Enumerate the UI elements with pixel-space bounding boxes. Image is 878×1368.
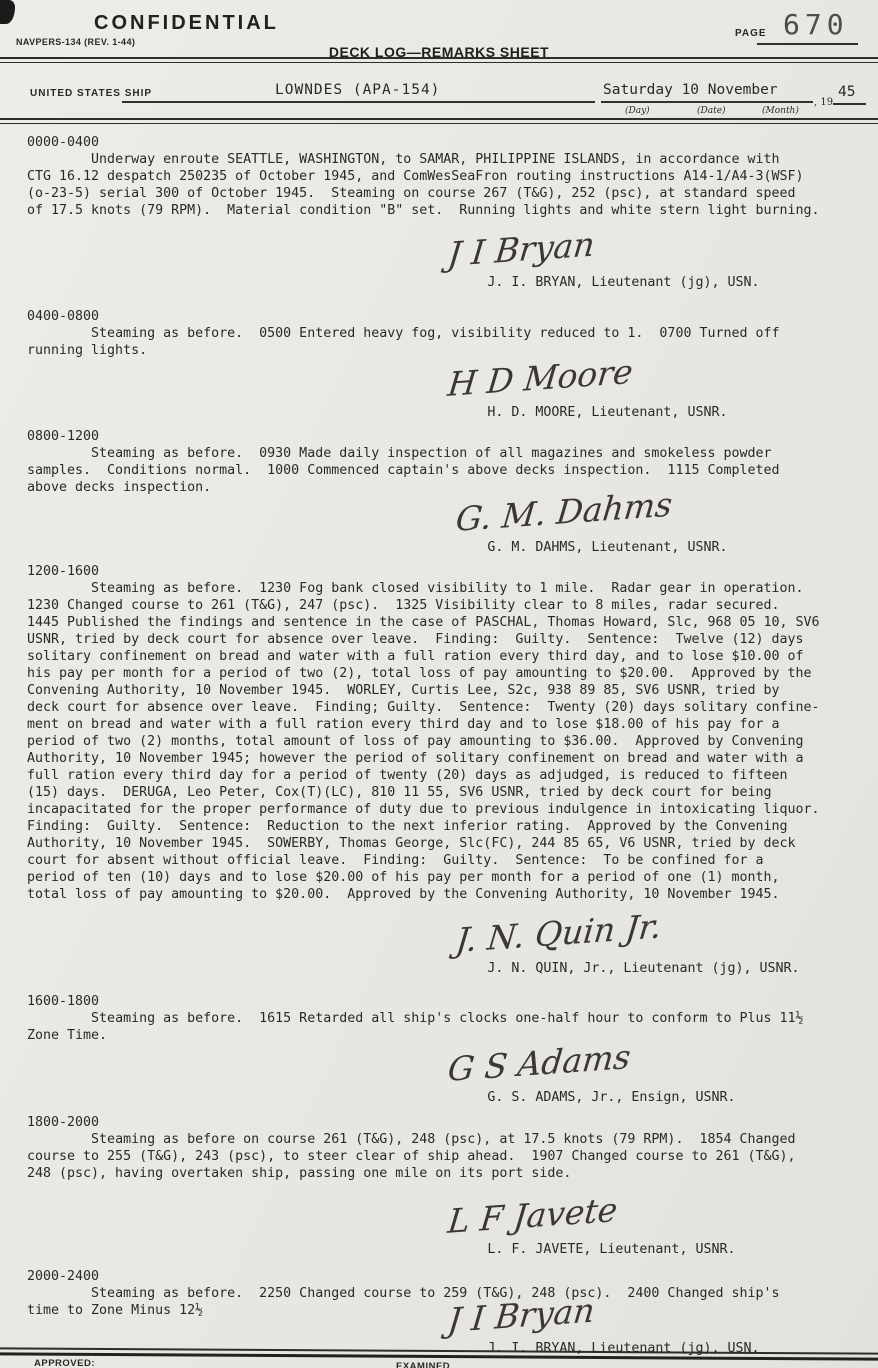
log-entry-1600-1800: 1600-1800 Steaming as before. 1615 Retar… <box>27 993 849 1114</box>
signature-typed: L. F. JAVETE, Lieutenant, USNR. <box>487 1242 735 1257</box>
signature-typed: J. N. QUIN, Jr., Lieutenant (jg), USNR. <box>487 961 799 976</box>
entry-remarks-text: Underway enroute SEATTLE, WASHINGTON, to… <box>27 151 849 219</box>
log-entry-0800-1200: 0800-1200 Steaming as before. 0930 Made … <box>27 428 849 564</box>
entry-time-range: 0000-0400 <box>27 134 849 151</box>
page-label: PAGE <box>735 28 767 39</box>
entry-time-range: 1200-1600 <box>27 563 849 580</box>
page-number: 670 <box>783 8 849 41</box>
entry-remarks-text: Steaming as before on course 261 (T&G), … <box>27 1131 849 1182</box>
ship-name: LOWNDES (APA-154) <box>275 82 440 98</box>
scan-corner-mark <box>0 0 15 24</box>
log-entry-0000-0400: 0000-0400 Underway enroute SEATTLE, WASH… <box>27 134 849 299</box>
signature-typed: J. I. BRYAN, Lieutenant (jg), USN. <box>487 275 759 290</box>
entry-time-range: 2000-2400 <box>27 1268 849 1285</box>
header-rule-bottom <box>0 118 878 120</box>
signature-block: G. M. DahmsG. M. DAHMS, Lieutenant, USNR… <box>27 506 849 564</box>
signature-typed: H. D. MOORE, Lieutenant, USNR. <box>487 405 727 420</box>
date-label: (Date) <box>697 106 726 116</box>
signature-handwritten: J I Bryan <box>446 224 597 274</box>
log-entry-0400-0800: 0400-0800 Steaming as before. 0500 Enter… <box>27 308 849 429</box>
signature-typed: J. I. BRYAN, Lieutenant (jg), USN. <box>487 1341 759 1356</box>
year-underline <box>833 103 866 105</box>
entry-remarks-text: Steaming as before. 0500 Entered heavy f… <box>27 325 849 359</box>
deck-log-page: CONFIDENTIAL PAGE 670 NAVPERS-134 (REV. … <box>0 0 878 1368</box>
entry-time-range: 0400-0800 <box>27 308 849 325</box>
log-entry-1200-1600: 1200-1600 Steaming as before. 1230 Fog b… <box>27 563 849 985</box>
entry-remarks-text: Steaming as before. 1615 Retarded all sh… <box>27 1010 849 1044</box>
ship-underline <box>122 101 595 103</box>
signature-block: J I BryanJ. I. BRYAN, Lieutenant (jg), U… <box>27 241 849 299</box>
signature-handwritten: H D Moore <box>446 352 635 404</box>
entry-remarks-text: Steaming as before. 1230 Fog bank closed… <box>27 580 849 903</box>
signature-typed: G. M. DAHMS, Lieutenant, USNR. <box>487 540 727 555</box>
signature-handwritten: J. N. Quin Jr. <box>454 906 664 960</box>
ship-label: UNITED STATES SHIP <box>30 88 152 99</box>
year-prefix: , 19 <box>814 97 833 108</box>
header-rule-top-2 <box>0 62 878 63</box>
month-label: (Month) <box>762 106 799 116</box>
approved-label: APPROVED: <box>34 1358 95 1368</box>
day-label: (Day) <box>625 106 650 116</box>
signature-block: L F JaveteL. F. JAVETE, Lieutenant, USNR… <box>27 1208 849 1266</box>
log-date: Saturday 10 November <box>603 82 778 98</box>
entry-time-range: 1800-2000 <box>27 1114 849 1131</box>
entry-time-range: 0800-1200 <box>27 428 849 445</box>
signature-handwritten: G S Adams <box>446 1037 633 1089</box>
header-rule-top <box>0 57 878 59</box>
log-entry-1800-2000: 1800-2000 Steaming as before on course 2… <box>27 1114 849 1266</box>
signature-typed: G. S. ADAMS, Jr., Ensign, USNR. <box>487 1090 735 1105</box>
signature-handwritten: L F Javete <box>446 1190 619 1241</box>
examined-label: EXAMINED <box>396 1361 450 1368</box>
signature-block: J. N. Quin Jr.J. N. QUIN, Jr., Lieutenan… <box>27 927 849 985</box>
entry-remarks-text: Steaming as before. 0930 Made daily insp… <box>27 445 849 496</box>
entry-time-range: 1600-1800 <box>27 993 849 1010</box>
date-underline <box>601 101 813 103</box>
classification-stamp: CONFIDENTIAL <box>94 12 279 35</box>
year-value: 45 <box>838 84 855 100</box>
signature-block: G S AdamsG. S. ADAMS, Jr., Ensign, USNR. <box>27 1056 849 1114</box>
signature-block: H D MooreH. D. MOORE, Lieutenant, USNR. <box>27 371 849 429</box>
header-rule-bottom-2 <box>0 123 878 124</box>
